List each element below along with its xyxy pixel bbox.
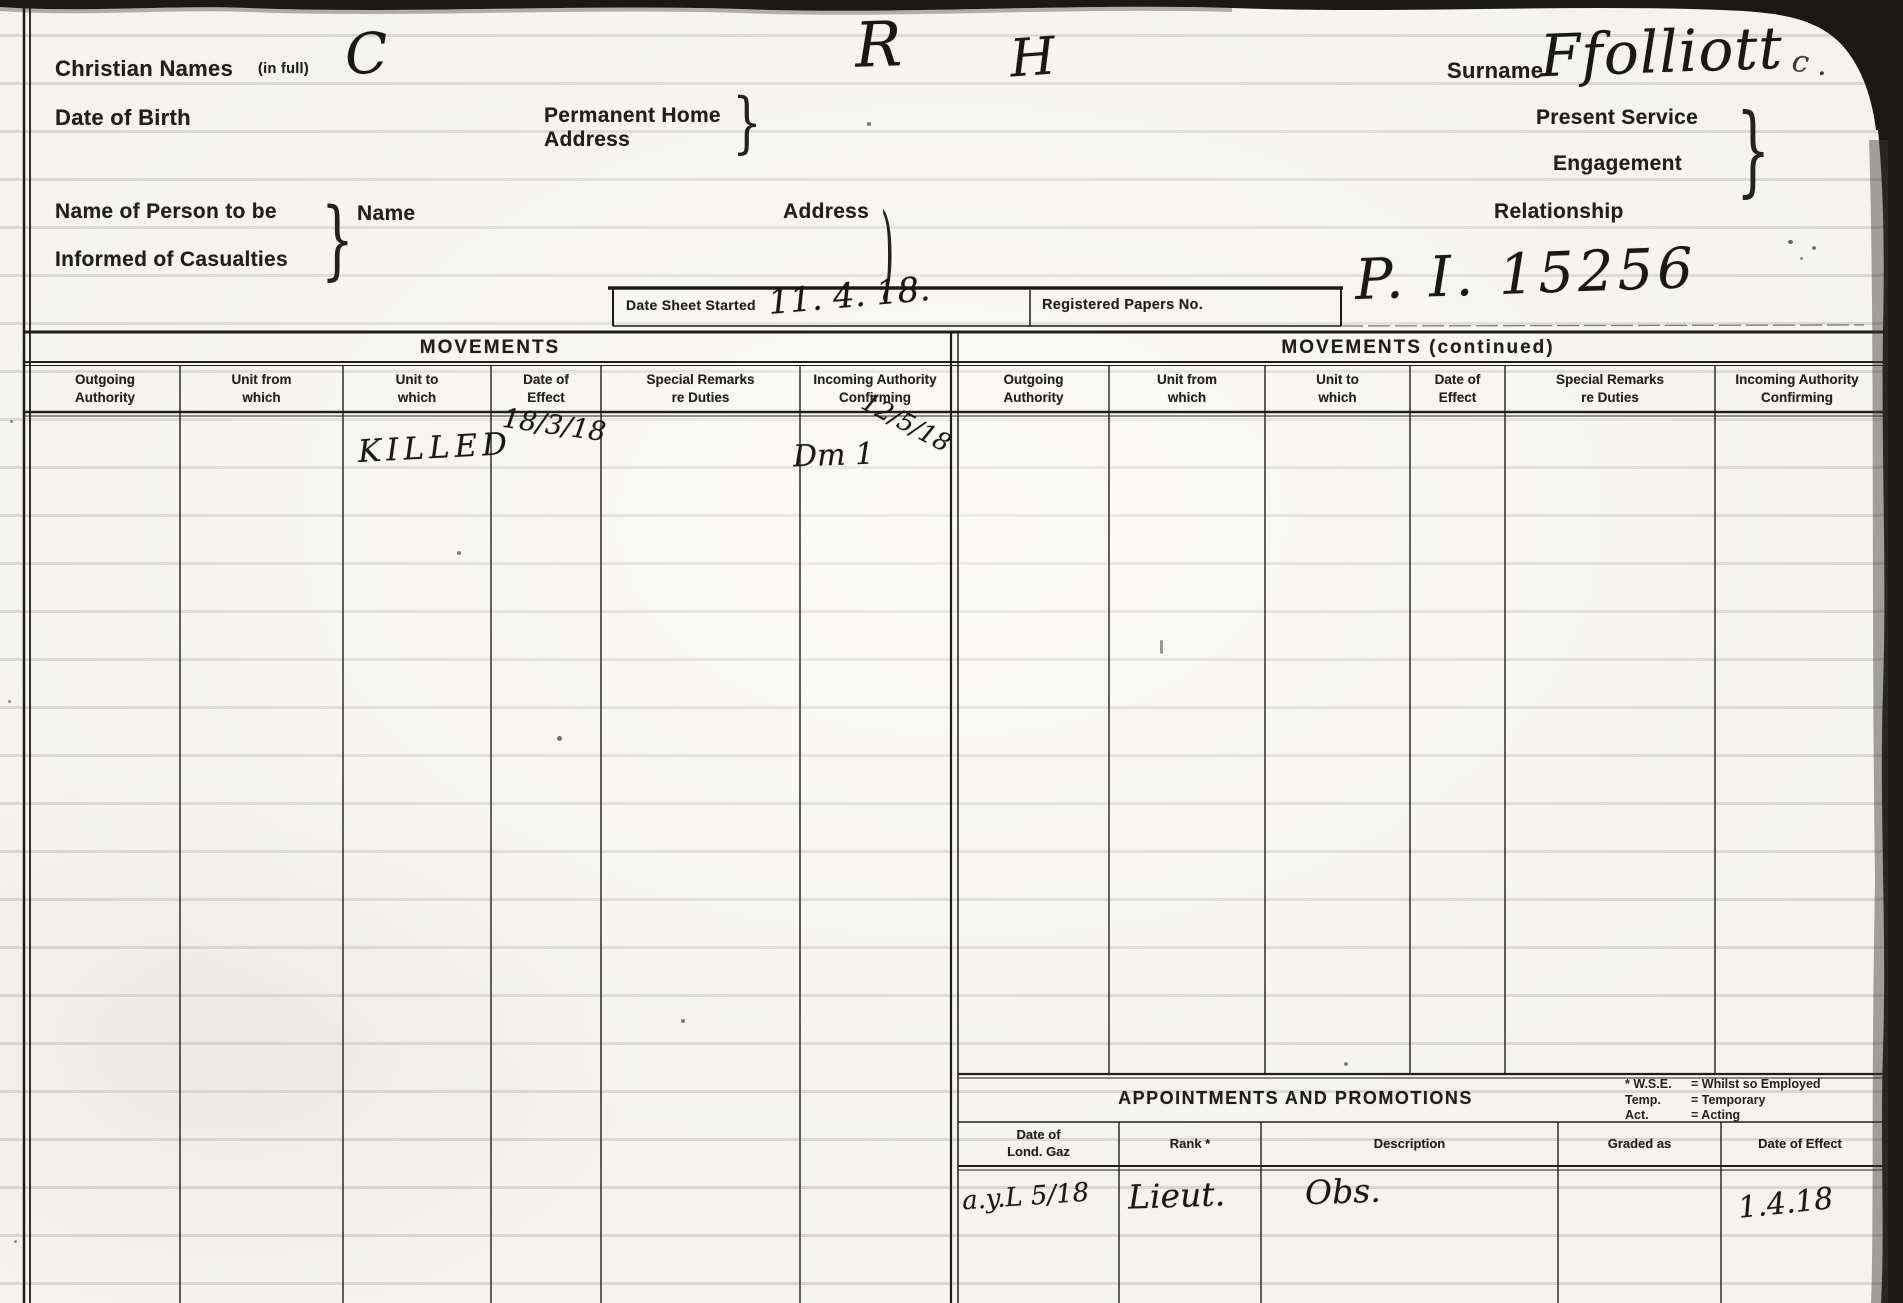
col-header-unit-to-which-2: Unit to which [1265,366,1410,411]
ink-speck [8,700,11,703]
col-header-rank: Rank * [1119,1124,1261,1164]
left-margin-rule [24,0,30,1303]
appointments-legend: * W.S.E. = Whilst so Employed Temp. = Te… [1625,1077,1887,1124]
permanent-home-label: Permanent Home [544,104,721,128]
col-header-special-remarks-2: Special Remarks re Duties [1505,366,1715,411]
legend-row-act: Act. = Acting [1625,1108,1887,1124]
present-service-brace: } [1736,94,1770,208]
ink-speck [1344,1062,1348,1066]
col-header-date-of-effect-appt: Date of Effect [1721,1124,1879,1164]
address-label: Address [783,200,869,224]
date-sheet-started-label: Date Sheet Started [626,297,756,313]
col-header-date-of-effect-2: Date of Effect [1410,366,1505,411]
ink-speck [681,1019,685,1023]
christian-initial-1-handwriting: C [343,21,389,88]
legend-def: = Temporary [1691,1093,1887,1109]
permanent-home-address-label: Address [544,128,630,152]
col-header-graded-as: Graded as [1558,1124,1721,1164]
col-header-description: Description [1261,1124,1558,1164]
permanent-home-brace: } [732,84,761,161]
date-of-birth-label: Date of Birth [55,105,191,131]
ink-speck [867,122,871,126]
confirming-authority-handwriting: Dm 1 [792,437,874,475]
col-header-outgoing-authority: Outgoing Authority [30,366,180,411]
legend-row-wse: * W.S.E. = Whilst so Employed [1625,1077,1887,1093]
col-header-outgoing-authority-2: Outgoing Authority [958,366,1109,411]
name-label: Name [357,202,415,226]
legend-abbr: Act. [1625,1108,1691,1124]
col-header-incoming-authority-2: Incoming Authority Confirming [1715,366,1879,411]
col-header-lond-gaz: Date of Lond. Gaz [958,1124,1119,1164]
appointments-title: APPOINTMENTS AND PROMOTIONS [958,1086,1633,1110]
legend-abbr: Temp. [1625,1093,1691,1109]
surname-label: Surname [1447,58,1543,84]
description-handwriting: Obs. [1304,1171,1381,1213]
legend-def: = Whilst so Employed [1691,1077,1887,1093]
movements-continued-title: MOVEMENTS (continued) [958,335,1878,361]
casualties-label-line1: Name of Person to be [55,200,277,224]
ink-speck [557,736,562,741]
christian-initial-2-handwriting: R [854,7,903,82]
legend-abbr: * W.S.E. [1625,1077,1691,1093]
ink-speck [457,551,461,555]
rank-handwriting: Lieut. [1127,1174,1225,1216]
ink-speck [14,1240,17,1243]
ink-speck [10,420,13,423]
present-service-label: Present Service [1536,106,1698,130]
reference-number-handwriting: P. I. 15256 [1354,236,1698,313]
col-header-special-remarks: Special Remarks re Duties [601,366,800,411]
ink-speck [1788,240,1793,244]
christian-names-qualifier: (in full) [258,61,309,77]
col-header-unit-to-which: Unit to which [343,366,491,411]
engagement-label: Engagement [1553,152,1682,176]
legend-def: = Acting [1691,1108,1887,1124]
ink-speck [1160,640,1163,654]
surname-handwriting: Ffolliott [1539,14,1784,90]
ink-speck [1800,257,1803,260]
ink-speck [1812,246,1816,250]
surname-flourish: c . [1790,44,1830,84]
casualties-brace: } [321,190,354,290]
movements-title: MOVEMENTS [30,335,950,361]
col-header-unit-from-which-2: Unit from which [1109,366,1265,411]
service-record-sheet: Christian Names (in full) Surname Date o… [0,0,1903,1303]
registered-papers-label: Registered Papers No. [1042,297,1203,313]
col-header-unit-from-which: Unit from which [180,366,343,411]
relationship-label: Relationship [1494,200,1624,224]
christian-initial-3-handwriting: H [1008,26,1057,89]
casualties-label-line2: Informed of Casualties [55,248,288,272]
legend-row-temp: Temp. = Temporary [1625,1093,1887,1109]
christian-names-label: Christian Names [55,56,233,82]
